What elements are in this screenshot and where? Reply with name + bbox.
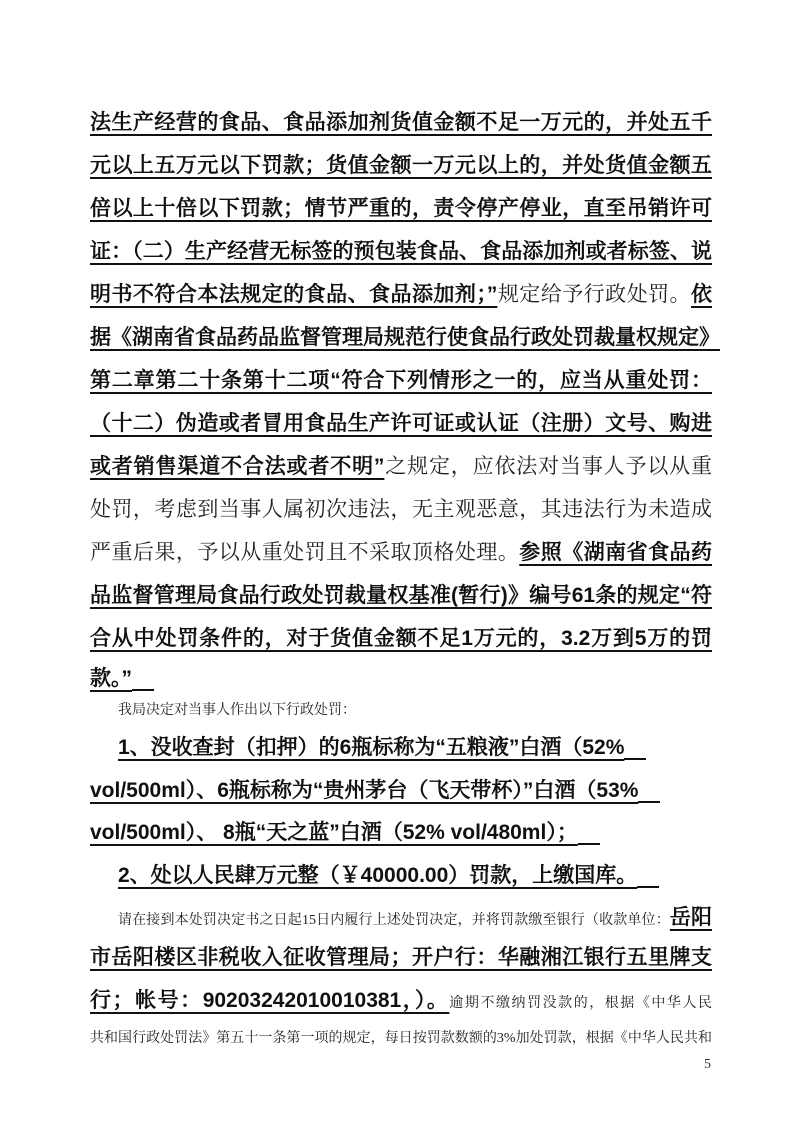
- text-line: 2、处以人民肆万元整（￥40000.00）罚款，上缴国库。: [90, 852, 712, 898]
- text-segment: vol/500ml）、6瓶标称为“贵州茅台（飞天带杯）”白酒（53%: [90, 779, 638, 802]
- text-line: 或者销售渠道不合法或者不明”之规定，应依法对当事人予以从重: [90, 445, 712, 488]
- text-segment: 或者销售渠道不合法或者不明”: [90, 455, 384, 478]
- text-line: 合从中处罚条件的，对于货值金额不足1万元的，3.2万到5万的罚: [90, 617, 712, 660]
- text-line: 处罚，考虑到当事人属初次违法，无主观恶意，其违法行为未造成: [90, 488, 712, 531]
- text-line: vol/500ml）、 8瓶“天之蓝”白酒（52% vol/480ml）；: [90, 812, 712, 852]
- text-segment: 行；帐号：90203242010010381，）。: [90, 989, 449, 1012]
- text-line: 倍以上十倍以下罚款；情节严重的，责令停产停业，直至吊销许可: [90, 187, 712, 230]
- text-line: 法生产经营的食品、食品添加剂货值金额不足一万元的，并处五千: [90, 101, 712, 144]
- text-segment: 请在接到本处罚决定书之日起15日内履行上述处罚决定，并将罚款缴至银行（收款单位：: [118, 913, 670, 928]
- text-line: 共和国行政处罚法》第五十一条第一项的规定，每日按罚款数额的3%加处罚款，根据《中…: [90, 1022, 712, 1056]
- text-line: 行；帐号：90203242010010381，）。逾期不缴纳罚没款的，根据《中华…: [90, 979, 712, 1022]
- text-line: 请在接到本处罚决定书之日起15日内履行上述处罚决定，并将罚款缴至银行（收款单位：…: [90, 898, 712, 936]
- text-line: 品监督管理局食品行政处罚裁量权基准(暂行)》编号61条的规定“符: [90, 574, 712, 617]
- text-line: 据《湖南省食品药品监督管理局规范行使食品行政处罚裁量权规定》: [90, 316, 712, 359]
- text-segment: 元以上五万元以下罚款；货值金额一万元以上的，并处货值金额五: [90, 154, 712, 177]
- text-line: 款。”: [90, 660, 712, 696]
- text-segment: 1、没收查封（扣押）的6瓶标称为“五粮液”白酒（52%: [118, 736, 624, 759]
- text-segment: 之规定，应依法对当事人予以从重: [384, 454, 712, 478]
- text-segment: 法生产经营的食品、食品添加剂货值金额不足一万元的，并处五千: [90, 111, 712, 134]
- text-segment: 款。”: [90, 667, 132, 690]
- text-segment: 我局决定对当事人作出以下行政处罚：: [118, 703, 356, 718]
- text-segment: 倍以上十倍以下罚款；情节严重的，责令停产停业，直至吊销许可: [90, 197, 712, 220]
- text-line: 元以上五万元以下罚款；货值金额一万元以上的，并处货值金额五: [90, 144, 712, 187]
- text-segment: 据《湖南省食品药品监督管理局规范行使食品行政处罚裁量权规定》: [90, 326, 720, 349]
- text-segment: 明书不符合本法规定的食品、食品添加剂；”: [90, 283, 497, 306]
- text-line: 市岳阳楼区非税收入征收管理局；开户行：华融湘江银行五里牌支: [90, 936, 712, 979]
- text-line: （十二）伪造或者冒用食品生产许可证或认证（注册）文号、购进: [90, 402, 712, 445]
- text-line: 证：（二）生产经营无标签的预包装食品、食品添加剂或者标签、说: [90, 230, 712, 273]
- text-segment: 处罚，考虑到当事人属初次违法，无主观恶意，其违法行为未造成: [90, 497, 712, 521]
- text-line: 明书不符合本法规定的食品、食品添加剂；”规定给予行政处罚。依: [90, 273, 712, 316]
- text-line: 第二章第二十条第十二项“符合下列情形之一的，应当从重处罚：: [90, 359, 712, 402]
- text-line: 1、没收查封（扣押）的6瓶标称为“五粮液”白酒（52%: [90, 726, 712, 769]
- text-segment: vol/500ml）、 8瓶“天之蓝”白酒（52% vol/480ml）；: [90, 821, 578, 844]
- text-line: 严重后果，予以从重处罚且不采取顶格处理。参照《湖南省食品药: [90, 531, 712, 574]
- document-page: 法生产经营的食品、食品添加剂货值金额不足一万元的，并处五千元以上五万元以下罚款；…: [0, 0, 793, 1122]
- text-segment: 共和国行政处罚法》第五十一条第一项的规定，每日按罚款数额的3%加处罚款，根据《中…: [90, 1031, 712, 1046]
- text-segment: 参照《湖南省食品药: [519, 541, 712, 564]
- text-segment: 岳阳: [670, 906, 712, 929]
- text-segment: 依: [691, 283, 712, 306]
- text-segment: 市岳阳楼区非税收入征收管理局；开户行：华融湘江银行五里牌支: [90, 946, 712, 969]
- text-segment: 逾期不缴纳罚没款的，根据《中华人民: [449, 996, 712, 1011]
- text-segment: 合从中处罚条件的，对于货值金额不足1万元的，3.2万到5万的罚: [90, 627, 712, 650]
- text-line: vol/500ml）、6瓶标称为“贵州茅台（飞天带杯）”白酒（53%: [90, 769, 712, 812]
- text-segment: 品监督管理局食品行政处罚裁量权基准(暂行)》编号61条的规定“符: [90, 584, 712, 607]
- text-line: 我局决定对当事人作出以下行政处罚：: [90, 696, 712, 726]
- text-segment: 第二章第二十条第十二项“符合下列情形之一的，应当从重处罚：: [90, 369, 712, 392]
- text-segment: 规定给予行政处罚。: [497, 282, 691, 306]
- page-number: 5: [704, 1057, 711, 1073]
- text-segment: 证：（二）生产经营无标签的预包装食品、食品添加剂或者标签、说: [90, 240, 712, 263]
- text-segment: （十二）伪造或者冒用食品生产许可证或认证（注册）文号、购进: [90, 412, 712, 435]
- text-segment: 2、处以人民肆万元整（￥40000.00）罚款，上缴国库。: [118, 864, 637, 887]
- text-segment: 严重后果，予以从重处罚且不采取顶格处理。: [90, 540, 519, 564]
- document-body: 法生产经营的食品、食品添加剂货值金额不足一万元的，并处五千元以上五万元以下罚款；…: [90, 101, 712, 1056]
